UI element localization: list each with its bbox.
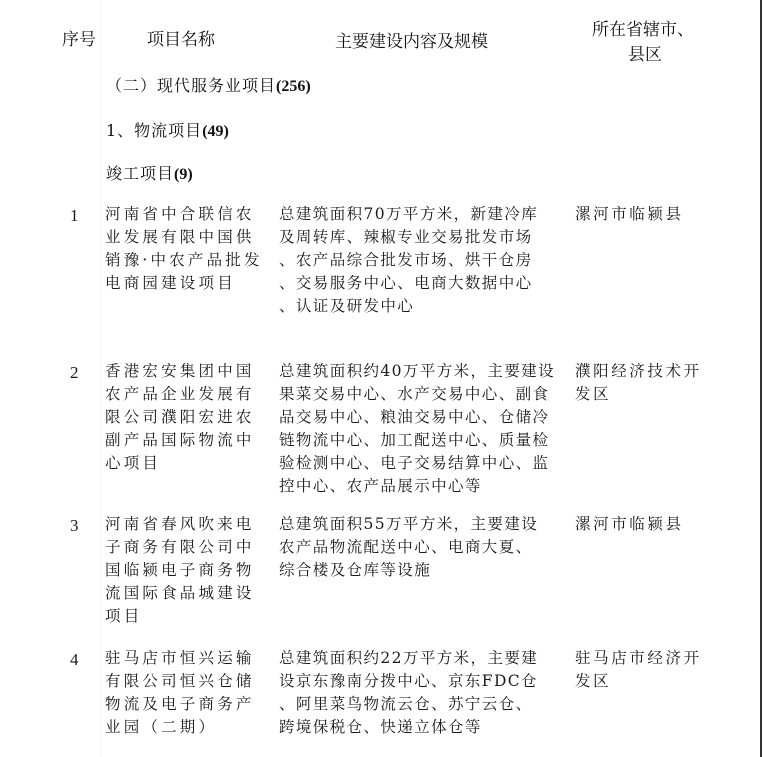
row-number: 4 (70, 650, 79, 670)
page-right-border (760, 0, 762, 757)
row-number: 2 (70, 363, 79, 383)
construction-content: 总建筑面积约40万平方米，主要建设 果菜交易中心、水产交易中心、副食 品交易中心… (279, 360, 569, 498)
subcategory-label: 1、物流项目 (106, 121, 202, 140)
section-status: 竣工项目(9) (106, 161, 193, 184)
header-serial-number: 序号 (62, 25, 96, 50)
header-project-name: 项目名称 (147, 25, 215, 50)
section-subcategory: 1、物流项目(49) (106, 118, 229, 141)
header-location-line1: 所在省辖市、 (592, 15, 694, 40)
project-name: 河南省中合联信农 业发展有限中国供 销豫·中农产品批发 电商园建设项目 (105, 203, 275, 295)
construction-content: 总建筑面积55万平方米，主要建设 农产品物流配送中心、电商大夏、 综合楼及仓库等… (279, 513, 569, 582)
construction-content: 总建筑面积70万平方米，新建冷库 及周转库、辣椒专业交易批发市场 、农产品综合批… (279, 203, 569, 318)
location: 漯河市临颍县 (575, 203, 725, 226)
category-count: (256) (276, 78, 311, 95)
project-name: 香港宏安集团中国 农产品企业发展有 限公司濮阳宏进农 副产品国际物流中 心项目 (105, 360, 275, 475)
subcategory-count: (49) (202, 123, 229, 140)
construction-content: 总建筑面积约22万平方米，主要建 设京东豫南分拨中心、京东FDC仓 、阿里菜鸟物… (279, 647, 569, 739)
location: 漯河市临颍县 (575, 513, 725, 536)
row-number: 1 (70, 206, 79, 226)
section-category: （二）现代服务业项目(256) (106, 73, 311, 96)
status-label: 竣工项目 (106, 164, 174, 183)
status-count: (9) (174, 166, 193, 183)
row-number: 3 (70, 516, 79, 536)
location: 驻马店市经济开 发区 (575, 647, 725, 693)
header-location-line2: 县区 (628, 40, 662, 65)
project-name: 驻马店市恒兴运输 有限公司恒兴仓储 物流及电子商务产 业园（二期） (105, 647, 275, 739)
project-name: 河南省春风吹来电 子商务有限公司中 国临颍电子商务物 流国际食品城建设 项目 (105, 513, 275, 628)
header-construction-content: 主要建设内容及规模 (335, 27, 488, 52)
location: 濮阳经济技术开 发区 (575, 360, 725, 406)
column-divider (100, 0, 101, 757)
category-label: （二）现代服务业项目 (106, 76, 276, 95)
